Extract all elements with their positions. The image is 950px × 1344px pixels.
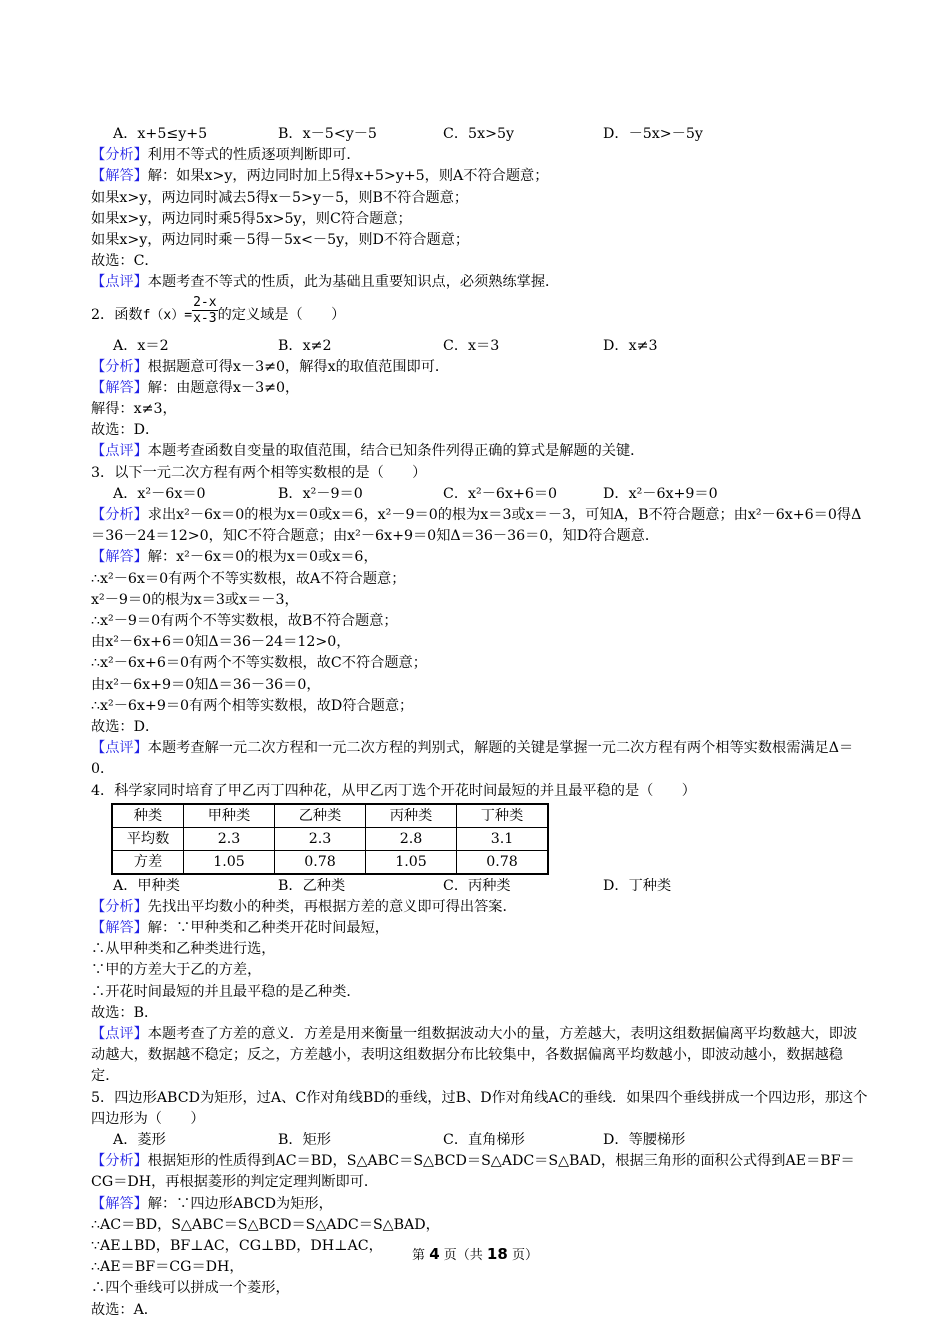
q3-options: A．x²－6x＝0 B．x²－9＝0 C．x²－6x+6＝0 D．x²－6x+9…	[91, 484, 871, 505]
q3-option-a: A．x²－6x＝0	[113, 484, 278, 505]
q3-solution-line: ∴x²－9＝0有两个不等实数根，故B不符合题意；	[91, 611, 871, 632]
q2-stem: 2．函数f（x）=2-xx-3的定义域是（ ）	[91, 294, 871, 336]
table-header: 甲种类	[184, 804, 275, 828]
table-header: 种类	[112, 804, 184, 828]
analysis-tag: 【分析】	[91, 147, 148, 163]
analysis-tag: 【分析】	[91, 899, 148, 915]
table-header: 丙种类	[366, 804, 457, 828]
q5-option-d: D．等腰梯形	[603, 1130, 685, 1151]
table-cell: 1.05	[366, 850, 457, 874]
current-page-number: 4	[429, 1245, 439, 1263]
table-cell: 0.78	[457, 850, 549, 874]
q4-answer: 故选：B．	[91, 1003, 871, 1024]
q4-comment: 【点评】本题考查了方差的意义．方差是用来衡量一组数据波动大小的量，方差越大，表明…	[91, 1024, 871, 1088]
q4-options: A．甲种类 B．乙种类 C．丙种类 D．丁种类	[91, 876, 871, 897]
q3-option-d: D．x²－6x+9＝0	[603, 484, 718, 505]
q5-option-c: C．直角梯形	[443, 1130, 603, 1151]
q4-option-c: C．丙种类	[443, 876, 603, 897]
q2-solution-line: 解得：x≠3，	[91, 399, 871, 420]
comment-tag: 【点评】	[91, 274, 148, 290]
fraction-numerator: 2-x	[192, 295, 217, 311]
analysis-tag: 【分析】	[91, 1153, 148, 1169]
q3-answer: 故选：D．	[91, 717, 871, 738]
comment-tag: 【点评】	[91, 740, 148, 756]
q4-solution-line: ∴开花时间最短的并且最平稳的是乙种类．	[91, 982, 871, 1003]
q3-solution: 【解答】解：x²－6x＝0的根为x＝0或x＝6，	[91, 547, 871, 568]
table-header-row: 种类 甲种类 乙种类 丙种类 丁种类	[112, 804, 548, 828]
fraction: 2-xx-3	[192, 295, 217, 326]
q5-options: A．菱形 B．矩形 C．直角梯形 D．等腰梯形	[91, 1130, 871, 1151]
table-cell: 3.1	[457, 827, 549, 850]
q1-option-a: A．x+5≤y+5	[113, 124, 278, 145]
q3-solution-line: 由x²－6x+9＝0知Δ＝36－36＝0，	[91, 675, 871, 696]
solution-tag: 【解答】	[91, 549, 148, 565]
q2-option-c: C．x＝3	[443, 336, 603, 357]
q1-analysis: 【分析】利用不等式的性质逐项判断即可．	[91, 145, 871, 166]
q4-option-d: D．丁种类	[603, 876, 671, 897]
document-page: A．x+5≤y+5 B．x－5<y－5 C．5x>5y D．－5x>－5y 【分…	[91, 124, 871, 1321]
table-cell: 1.05	[184, 850, 275, 874]
q1-options: A．x+5≤y+5 B．x－5<y－5 C．5x>5y D．－5x>－5y	[91, 124, 871, 145]
q2-comment: 【点评】本题考查函数自变量的取值范围，结合已知条件列得正确的算式是解题的关键．	[91, 441, 871, 462]
q3-option-c: C．x²－6x+6＝0	[443, 484, 603, 505]
q3-stem: 3．以下一元二次方程有两个相等实数根的是（ ）	[91, 463, 871, 484]
q1-answer: 故选：C．	[91, 251, 871, 272]
q1-solution-line: 如果x>y，两边同时乘5得5x>5y，则C符合题意；	[91, 209, 871, 230]
fraction-denominator: x-3	[192, 311, 217, 326]
q4-option-b: B．乙种类	[278, 876, 443, 897]
solution-tag: 【解答】	[91, 1196, 148, 1212]
table-header: 丁种类	[457, 804, 549, 828]
q3-solution-line: ∴x²－6x+9＝0有两个相等实数根，故D符合题意；	[91, 696, 871, 717]
q4-analysis: 【分析】先找出平均数小的种类，再根据方差的意义即可得出答案．	[91, 897, 871, 918]
table-cell: 2.3	[184, 827, 275, 850]
table-cell: 2.3	[275, 827, 366, 850]
table-header: 乙种类	[275, 804, 366, 828]
page-footer: 第 4 页（共 18 页）	[0, 1244, 950, 1263]
q1-option-c: C．5x>5y	[443, 124, 603, 145]
q2-option-b: B．x≠2	[278, 336, 443, 357]
q4-solution-line: ∴从甲种类和乙种类进行选，	[91, 939, 871, 960]
function-label: f（x）=	[143, 308, 192, 323]
q2-solution: 【解答】解：由题意得x－3≠0，	[91, 378, 871, 399]
analysis-tag: 【分析】	[91, 507, 148, 523]
q1-solution-line: 如果x>y，两边同时乘－5得－5x<－5y，则D不符合题意；	[91, 230, 871, 251]
q5-option-b: B．矩形	[278, 1130, 443, 1151]
q5-solution-line: ∴四个垂线可以拼成一个菱形，	[91, 1278, 871, 1299]
flower-data-table: 种类 甲种类 乙种类 丙种类 丁种类 平均数 2.3 2.3 2.8 3.1 方…	[111, 803, 549, 875]
q4-solution: 【解答】解：∵甲种类和乙种类开花时间最短，	[91, 918, 871, 939]
q5-solution-line: ∴AC＝BD，S△ABC＝S△BCD＝S△ADC＝S△BAD，	[91, 1215, 871, 1236]
q2-option-d: D．x≠3	[603, 336, 657, 357]
q5-solution: 【解答】解：∵四边形ABCD为矩形，	[91, 1194, 871, 1215]
analysis-tag: 【分析】	[91, 359, 148, 375]
q3-analysis: 【分析】求出x²－6x＝0的根为x＝0或x＝6，x²－9＝0的根为x＝3或x＝－…	[91, 505, 871, 547]
q1-solution: 【解答】解：如果x>y，两边同时加上5得x+5>y+5，则A不符合题意；	[91, 166, 871, 187]
q3-solution-line: 由x²－6x+6＝0知Δ＝36－24＝12>0，	[91, 632, 871, 653]
q5-answer: 故选：A．	[91, 1300, 871, 1321]
q2-analysis: 【分析】根据题意可得x－3≠0，解得x的取值范围即可．	[91, 357, 871, 378]
table-row: 方差 1.05 0.78 1.05 0.78	[112, 850, 548, 874]
q3-option-b: B．x²－9＝0	[278, 484, 443, 505]
total-page-count: 18	[487, 1245, 508, 1263]
q2-answer: 故选：D．	[91, 420, 871, 441]
q5-stem: 5．四边形ABCD为矩形，过A、C作对角线BD的垂线，过B、D作对角线AC的垂线…	[91, 1088, 871, 1130]
solution-tag: 【解答】	[91, 168, 148, 184]
table-cell: 2.8	[366, 827, 457, 850]
q1-option-d: D．－5x>－5y	[603, 124, 703, 145]
table-cell: 平均数	[112, 827, 184, 850]
q4-stem: 4．科学家同时培育了甲乙丙丁四种花，从甲乙丙丁选个开花时间最短的并且最平稳的是（…	[91, 781, 871, 802]
q4-option-a: A．甲种类	[113, 876, 278, 897]
comment-tag: 【点评】	[91, 1026, 148, 1042]
table-row: 平均数 2.3 2.3 2.8 3.1	[112, 827, 548, 850]
q3-solution-line: ∴x²－6x+6＝0有两个不等实数根，故C不符合题意；	[91, 653, 871, 674]
q2-option-a: A．x＝2	[113, 336, 278, 357]
q5-analysis: 【分析】根据矩形的性质得到AC＝BD，S△ABC＝S△BCD＝S△ADC＝S△B…	[91, 1151, 871, 1193]
q2-options: A．x＝2 B．x≠2 C．x＝3 D．x≠3	[91, 336, 871, 357]
table-cell: 0.78	[275, 850, 366, 874]
solution-tag: 【解答】	[91, 380, 148, 396]
q3-solution-line: ∴x²－6x＝0有两个不等实数根，故A不符合题意；	[91, 569, 871, 590]
q1-option-b: B．x－5<y－5	[278, 124, 443, 145]
q5-option-a: A．菱形	[113, 1130, 278, 1151]
q3-solution-line: x²－9＝0的根为x＝3或x＝－3，	[91, 590, 871, 611]
q3-comment: 【点评】本题考查解一元二次方程和一元二次方程的判别式，解题的关键是掌握一元二次方…	[91, 738, 871, 780]
solution-tag: 【解答】	[91, 920, 148, 936]
q4-solution-line: ∵甲的方差大于乙的方差，	[91, 960, 871, 981]
table-cell: 方差	[112, 850, 184, 874]
q1-solution-line: 如果x>y，两边同时减去5得x－5>y－5，则B不符合题意；	[91, 188, 871, 209]
comment-tag: 【点评】	[91, 443, 148, 459]
q1-comment: 【点评】本题考查不等式的性质，此为基础且重要知识点，必须熟练掌握．	[91, 272, 871, 293]
